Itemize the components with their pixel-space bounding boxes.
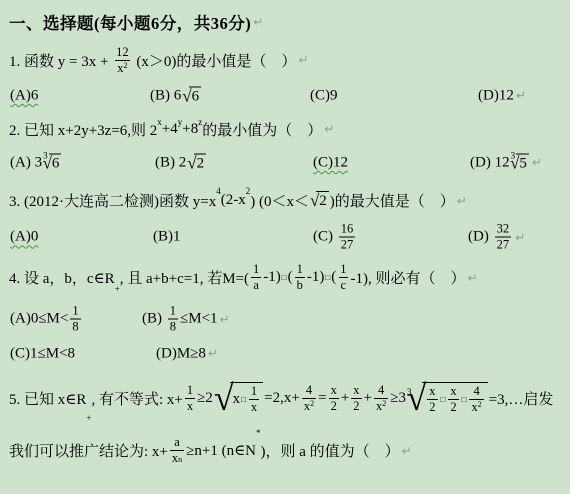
text-run: -1)	[263, 269, 281, 286]
paragraph-return-icon: ↵	[298, 53, 308, 67]
fraction-denominator: x2	[374, 398, 388, 414]
question-2-stem: 2. 已知 x+2y+3z=6,则 2x+4y+8z的最小值为（ ）↵	[0, 117, 570, 141]
fraction-numerator: x	[329, 383, 339, 398]
text-run: x	[353, 383, 359, 398]
text-run: 1	[253, 262, 259, 277]
fraction: 4x2	[469, 384, 483, 415]
fraction-numerator: 1	[185, 383, 195, 398]
fraction: 1c	[338, 262, 348, 293]
question-5-stem-line-1: 5. 已知 x∈R+, 有不等式: x+1x≥2√x□1x=2,x+4x2=x2…	[0, 372, 570, 425]
multiply-box-glyph: □	[282, 273, 287, 282]
fraction-denominator: c	[339, 277, 349, 293]
superscript: 2	[124, 62, 128, 70]
answer-text-wavy-underline: (A)6	[10, 87, 38, 104]
question-5-stem-line-2: 我们可以推广结论为: x+axn≥n+1 (n∈N*)，则 a 的值为（ ）↵	[0, 428, 570, 473]
option-choice: (B) 2√2	[155, 153, 207, 172]
text-run: 1. 函数 y = 3x +	[9, 50, 112, 71]
radical-symbol: √	[310, 192, 319, 209]
text-run: (B)1	[153, 229, 181, 246]
text-run: ≤M<1	[180, 311, 218, 328]
fraction-denominator: b	[295, 277, 305, 293]
text-run: 2	[319, 193, 327, 210]
text-run: (B) 2	[155, 154, 186, 171]
radical-symbol: √	[182, 87, 191, 104]
fraction-denominator: 2	[351, 398, 361, 414]
text-run: 8	[170, 320, 176, 335]
text-run: -1), 则必有（ ）	[350, 267, 465, 288]
text-run: (2-x	[221, 192, 246, 209]
fraction-denominator: 8	[168, 319, 178, 335]
fraction-denominator: x	[185, 398, 195, 414]
text-run: , 有不等式: x+	[91, 388, 182, 409]
text-run: =2,x+	[264, 390, 300, 407]
fraction-numerator: 32	[495, 222, 512, 237]
fraction: x2	[351, 383, 361, 414]
text-run: +	[364, 390, 372, 407]
paragraph-return-icon: ↵	[402, 444, 412, 458]
fraction: x2	[427, 384, 437, 415]
text-run: x	[429, 384, 435, 399]
option-choice: (A)0≤M<18	[10, 304, 83, 335]
text-run: 2	[450, 400, 456, 415]
multiply-box-glyph: □	[241, 395, 246, 404]
text-run: 16	[341, 222, 354, 237]
text-run: 1	[297, 262, 303, 277]
text-run: (D)	[468, 229, 493, 246]
fraction: 4x2	[302, 383, 316, 414]
superscript: 2	[310, 400, 314, 408]
radical: 3√6	[43, 153, 61, 172]
text-run: 4	[306, 383, 312, 398]
paragraph-return-icon: ↵	[208, 347, 218, 361]
text-run: 5	[519, 155, 527, 172]
text-run: (C)9	[310, 87, 338, 104]
text-run: 2	[429, 400, 435, 415]
text-run: 1	[170, 304, 176, 319]
fraction: 1x	[185, 383, 195, 414]
subscript: n	[178, 456, 182, 464]
answer-text-wavy-underline: (C)12	[313, 154, 348, 171]
option-choice: (A) 33√6	[10, 153, 62, 172]
text-run: 5. 已知 x∈R	[9, 388, 86, 409]
title-text: 一、选择题(每小题6分，共36分)	[9, 10, 251, 34]
fraction: 12x2	[114, 45, 131, 76]
answer-text-wavy-underline: (A)0	[10, 229, 38, 246]
fraction-numerator: x	[351, 383, 361, 398]
fraction-numerator: 4	[376, 383, 386, 398]
text-run: 2. 已知 x+2y+3z=6,则 2	[9, 119, 157, 140]
text-run: ≥2	[197, 390, 213, 407]
text-run: +	[341, 390, 349, 407]
text-run: 我们可以推广结论为: x+	[9, 440, 168, 461]
radical: 3√x2□x2□4x2	[407, 382, 488, 415]
superscript: 2	[382, 400, 386, 408]
text-run: 8	[72, 320, 78, 335]
text-run: +4	[162, 121, 178, 138]
text-run: x	[331, 383, 337, 398]
paragraph-return-icon: ↵	[220, 312, 230, 326]
question-1-options: (A)6(B) 6√6(C)9(D)12↵	[0, 82, 570, 109]
text-run: =3,…启发	[489, 388, 554, 409]
question-1-stem: 1. 函数 y = 3x + 12x2 (x＞0)的最小值是（ ）↵	[0, 39, 570, 81]
fraction-denominator: 2	[448, 399, 458, 415]
text-run: 4. 设 a，b，c∈R	[9, 267, 115, 288]
fraction-denominator: xn	[170, 450, 184, 466]
radical: √2	[187, 153, 206, 172]
text-run: 27	[341, 238, 354, 253]
fraction: x2	[448, 384, 458, 415]
question-4-stem: 4. 设 a，b，c∈R+, 且 a+b+c=1, 若M=(1a-1)□(1b-…	[0, 259, 570, 296]
text-run: 2	[197, 155, 205, 172]
text-run: -1)	[307, 269, 325, 286]
radical-index: 3	[511, 151, 516, 161]
text-run: =	[318, 390, 326, 407]
fraction-numerator: 4	[304, 383, 314, 398]
fraction: 1627	[339, 222, 356, 253]
radical: √6	[182, 86, 201, 105]
fraction-numerator: 16	[339, 222, 356, 237]
text-run: (B) 6	[150, 87, 181, 104]
text-run: 6	[52, 155, 60, 172]
text-run: ≥n+1 (n∈N	[186, 441, 256, 460]
multiply-box-glyph: □	[441, 395, 446, 404]
text-run: a	[174, 435, 180, 450]
section-title: 一、选择题(每小题6分，共36分)↵	[0, 0, 570, 34]
radical: √x□1x	[214, 382, 263, 415]
fraction-denominator: 27	[339, 237, 356, 253]
question-3-options: (A)0(B)1(C) 1627(D) 3227↵	[0, 218, 570, 256]
text-run: (D)M≥8	[156, 345, 206, 362]
text-run: 1	[72, 304, 78, 319]
fraction: x2	[329, 383, 339, 414]
fraction-numerator: a	[172, 435, 182, 450]
fraction-denominator: x	[249, 399, 259, 415]
fraction: 18	[70, 304, 80, 335]
option-choice: (C) 1627	[313, 222, 357, 253]
paragraph-return-icon: ↵	[467, 271, 477, 285]
text-run: (	[288, 269, 293, 286]
option-choice: (D)M≥8↵	[156, 345, 218, 362]
text-run: (B)	[142, 311, 166, 328]
fraction-denominator: 8	[70, 319, 80, 335]
text-run: (D) 12	[470, 154, 510, 171]
text-run: 3. (2012·大连高二检测)函数 y=x	[9, 190, 216, 211]
text-run: 6	[192, 88, 200, 105]
fraction-denominator: 27	[495, 237, 512, 253]
text-run: (x＞0)的最小值是（ ）	[133, 50, 297, 71]
text-run: )的最大值是（ ）	[330, 190, 455, 211]
option-choice: (A)0	[10, 229, 38, 246]
option-choice: (D) 3227↵	[468, 222, 525, 253]
text-run: ≥3	[390, 390, 406, 407]
fraction-denominator: a	[251, 277, 261, 293]
option-choice: (B) 18≤M<1↵	[142, 304, 230, 335]
multiply-box-glyph: □	[325, 273, 330, 282]
fraction-denominator: x2	[469, 399, 483, 415]
text-run: (A)0≤M<	[10, 311, 68, 328]
text-run: 32	[497, 222, 510, 237]
radical: 3√5	[511, 153, 529, 172]
fraction-numerator: 4	[471, 384, 481, 399]
text-run: 4	[473, 384, 479, 399]
option-choice: (C)12	[313, 154, 348, 171]
paragraph-return-icon: ↵	[532, 156, 542, 170]
text-run: )，则 a 的值为（ ）	[261, 440, 400, 461]
paragraph-return-icon: ↵	[324, 122, 334, 136]
subscript: +	[86, 414, 91, 423]
fraction-numerator: 1	[70, 304, 80, 319]
radical-index: 3	[407, 387, 412, 397]
superscript: *	[256, 429, 261, 438]
fraction: 4x2	[374, 383, 388, 414]
text-run: +8	[182, 121, 198, 138]
fraction-numerator: x	[448, 384, 458, 399]
text-run: (C)1≤M<8	[10, 345, 75, 362]
text-run: 27	[497, 238, 510, 253]
text-run: ) (0＜x＜	[250, 190, 309, 211]
paragraph-return-icon: ↵	[516, 89, 526, 103]
text-run: (A) 3	[10, 154, 42, 171]
text-run: x	[450, 384, 456, 399]
text-run: (C)	[313, 229, 337, 246]
text-run: 的最小值为（ ）	[202, 119, 322, 140]
text-run: 1	[340, 262, 346, 277]
option-choice: (B)1	[153, 229, 181, 246]
question-2-options: (A) 33√6(B) 2√2(C)12(D) 123√5↵	[0, 146, 570, 179]
fraction-denominator: x2	[115, 60, 129, 76]
fraction-numerator: 1	[338, 262, 348, 277]
text-run: c	[341, 278, 347, 293]
fraction-numerator: 12	[114, 45, 131, 60]
text-run: a	[253, 278, 259, 293]
text-run: (	[331, 269, 336, 286]
option-choice: (B) 6√6	[150, 86, 202, 105]
option-choice: (C)1≤M<8	[10, 345, 75, 362]
text-run: 12	[116, 45, 129, 60]
text-run: x	[251, 400, 257, 415]
fraction-numerator: 1	[249, 384, 259, 399]
fraction: 18	[168, 304, 178, 335]
radical-content: x2□x2□4x2	[422, 382, 487, 415]
fraction: 1b	[295, 262, 305, 293]
option-choice: (C)9	[310, 87, 338, 104]
fraction: 3227	[495, 222, 512, 253]
text-run: 4	[378, 383, 384, 398]
superscript: 2	[478, 401, 482, 409]
text-run: 2	[353, 399, 359, 414]
fraction-numerator: 1	[295, 262, 305, 277]
text-run: , 且 a+b+c=1, 若M=(	[120, 267, 249, 288]
fraction-denominator: x2	[302, 398, 316, 414]
paragraph-return-icon: ↵	[515, 230, 525, 244]
text-run: 1	[187, 383, 193, 398]
question-4-options-row-1: (A)0≤M<18(B) 18≤M<1↵	[0, 299, 570, 339]
radical: √2	[310, 191, 329, 210]
multiply-box-glyph: □	[462, 395, 467, 404]
paragraph-return-icon: ↵	[253, 15, 263, 29]
fraction-numerator: 1	[168, 304, 178, 319]
fraction-denominator: 2	[427, 399, 437, 415]
text-run: 2	[331, 399, 337, 414]
question-3-stem: 3. (2012·大连高二检测)函数 y=x4(2-x2) (0＜x＜√2)的最…	[0, 186, 570, 215]
fraction: 1a	[251, 262, 261, 293]
text-run: x	[187, 399, 193, 414]
fraction-numerator: 1	[251, 262, 261, 277]
fraction: axn	[170, 435, 184, 466]
radical-content: x□1x	[230, 382, 264, 415]
text-run: b	[297, 278, 303, 293]
option-choice: (A)6	[10, 87, 38, 104]
radical-index: 3	[43, 151, 48, 161]
radical-symbol: √	[187, 154, 196, 171]
fraction-numerator: x	[427, 384, 437, 399]
option-choice: (D)12↵	[478, 87, 526, 104]
option-choice: (D) 123√5↵	[470, 153, 542, 172]
document-page: 一、选择题(每小题6分，共36分)↵ 1. 函数 y = 3x + 12x2 (…	[0, 0, 570, 494]
radical-symbol: √	[214, 384, 234, 413]
text-run: (D)12	[478, 87, 514, 104]
text-run: 1	[251, 384, 257, 399]
paragraph-return-icon: ↵	[457, 194, 467, 208]
fraction-denominator: 2	[329, 398, 339, 414]
fraction: 1x	[249, 384, 259, 415]
question-4-options-row-2: (C)1≤M<8(D)M≥8↵	[0, 340, 570, 367]
